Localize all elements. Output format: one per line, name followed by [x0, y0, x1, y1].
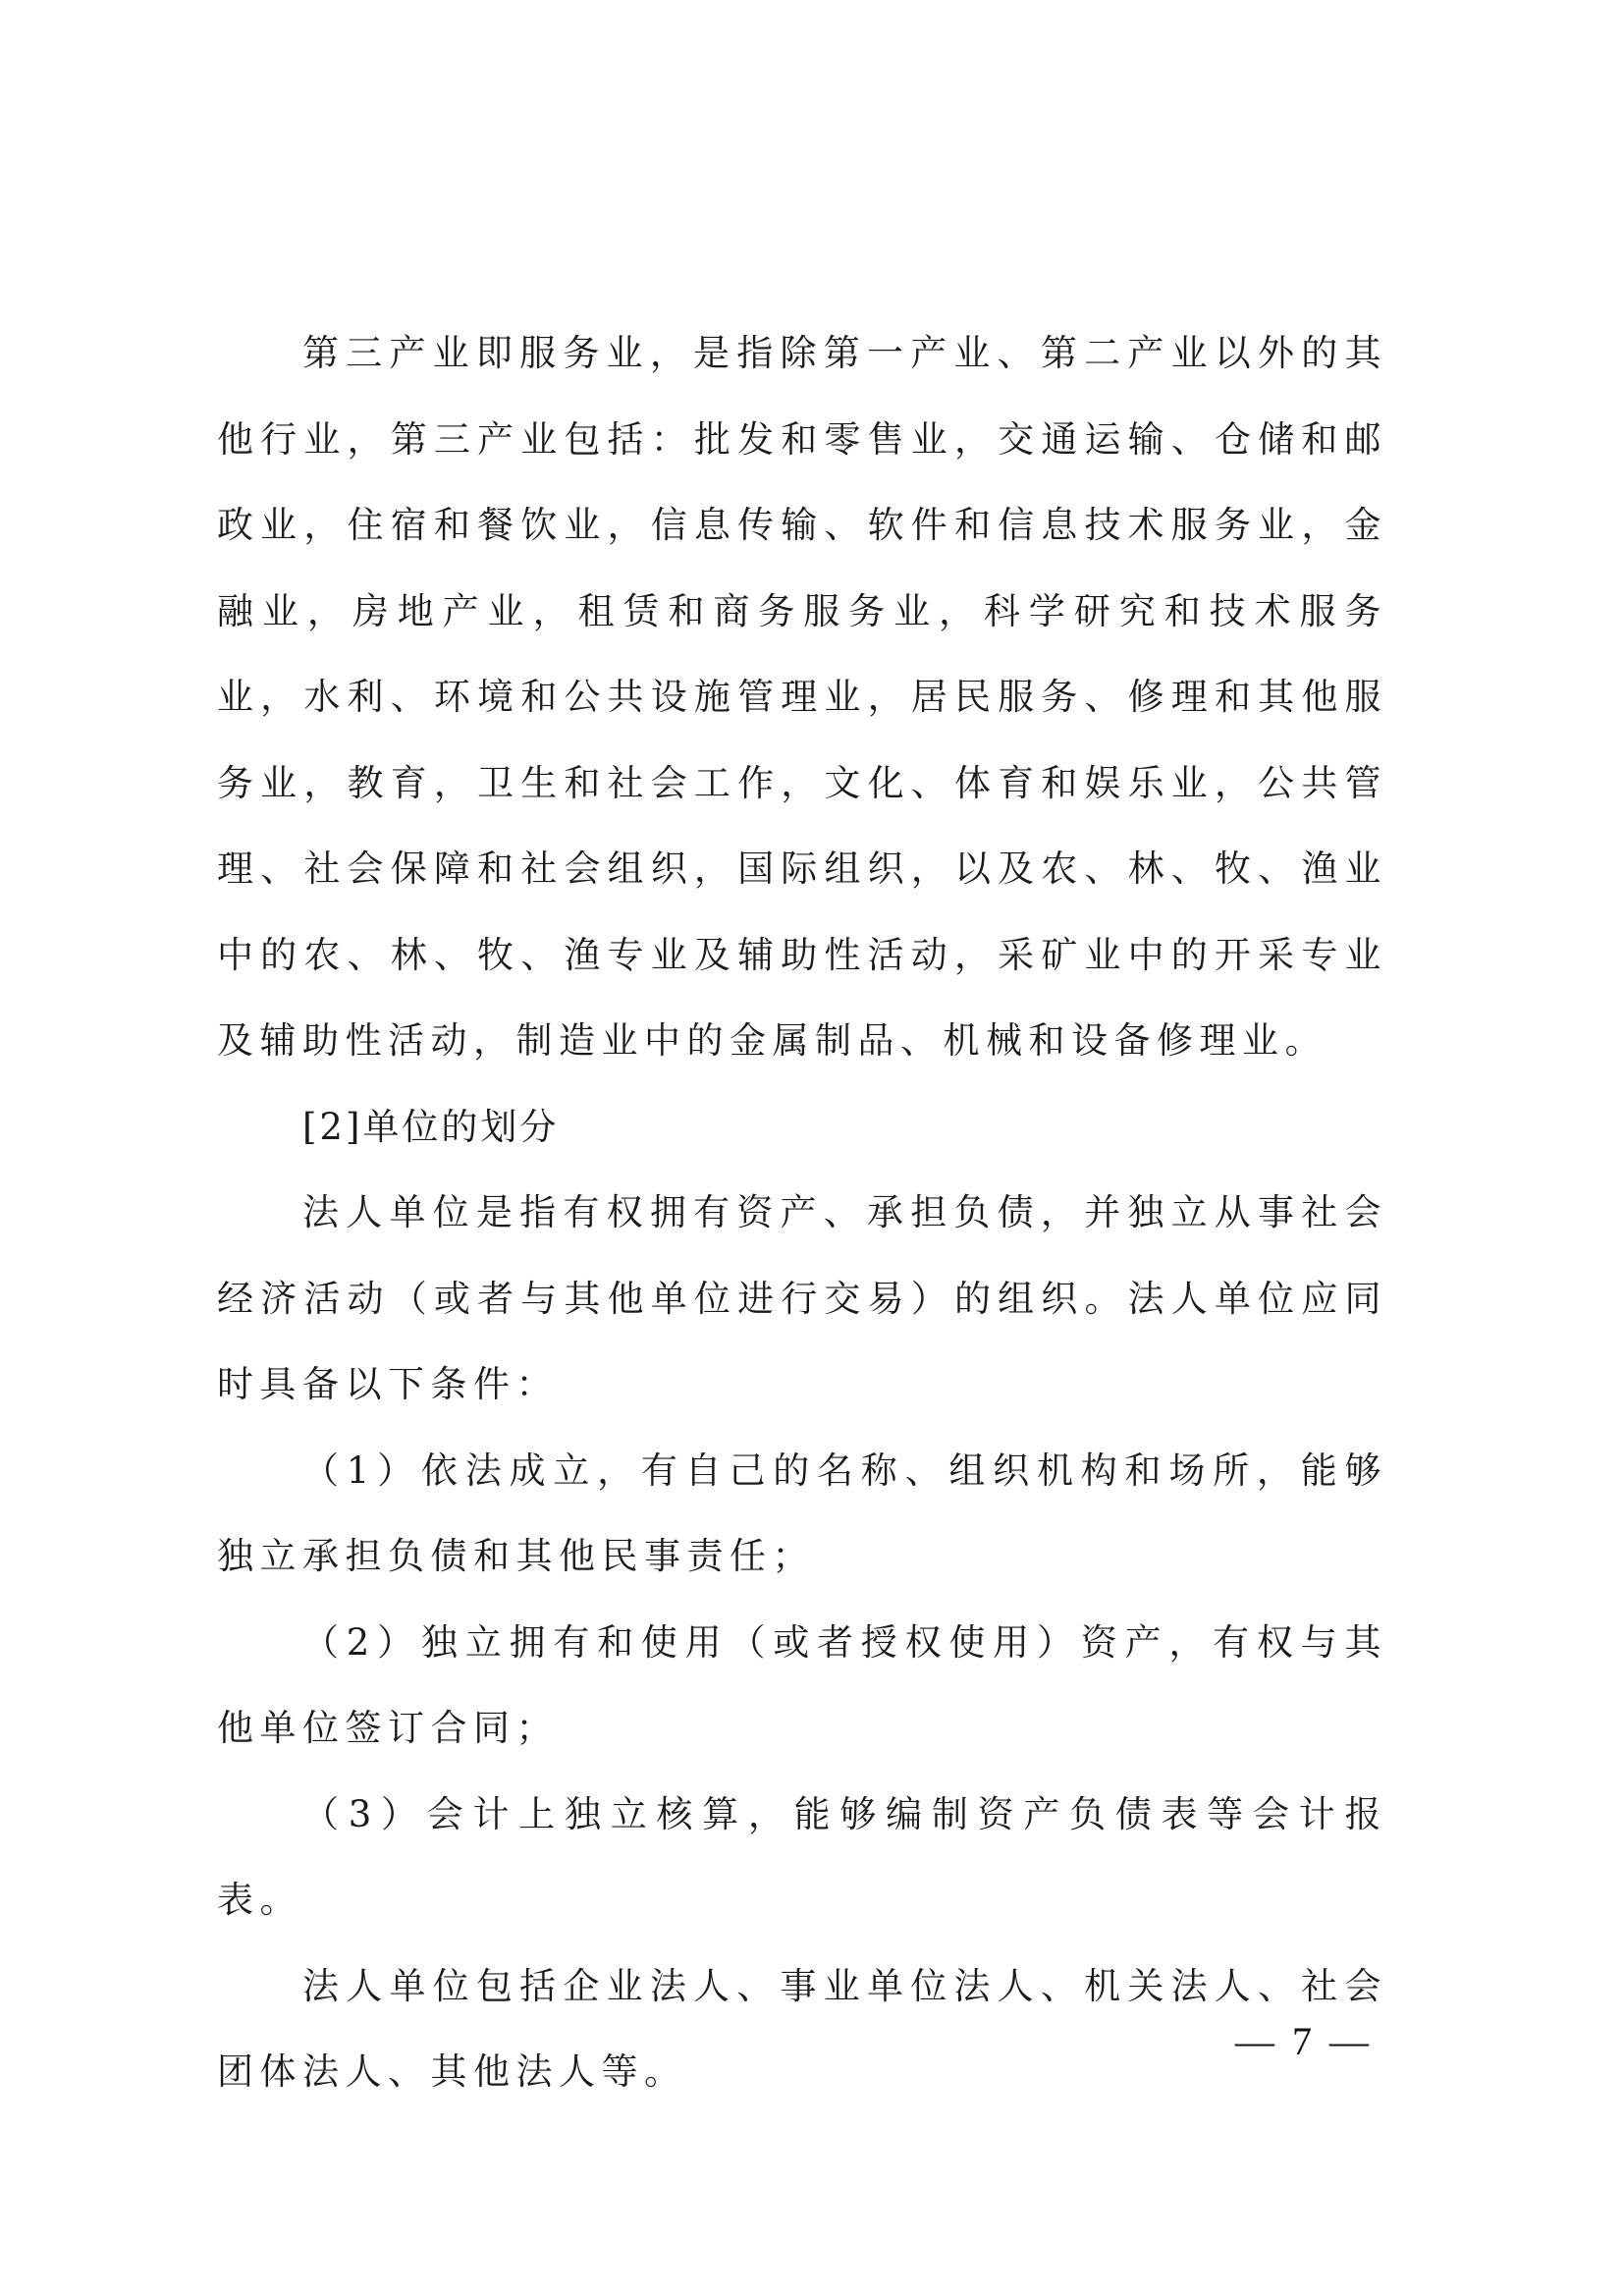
document-page: 第三产业即服务业，是指除第一产业、第二产业以外的其他行业，第三产业包括：批发和零…: [0, 0, 1623, 2296]
section-heading: [2]单位的划分: [217, 1084, 1387, 1171]
paragraph-condition-3: （3）会计上独立核算，能够编制资产负债表等会计报表。: [217, 1772, 1387, 1943]
paragraph-legal-entity-definition: 法人单位是指有权拥有资产、承担负债，并独立从事社会经济活动（或者与其他单位进行交…: [217, 1170, 1387, 1428]
paragraph-legal-entity-types: 法人单位包括企业法人、事业单位法人、机关法人、社会团体法人、其他法人等。: [217, 1943, 1387, 2115]
paragraph-condition-2: （2）独立拥有和使用（或者授权使用）资产，有权与其他单位签订合同；: [217, 1600, 1387, 1772]
paragraph-tertiary-industry: 第三产业即服务业，是指除第一产业、第二产业以外的其他行业，第三产业包括：批发和零…: [217, 310, 1387, 1084]
page-number: — 7 —: [1235, 2018, 1373, 2064]
document-body: 第三产业即服务业，是指除第一产业、第二产业以外的其他行业，第三产业包括：批发和零…: [217, 310, 1387, 2115]
paragraph-condition-1: （1）依法成立，有自己的名称、组织机构和场所，能够独立承担负债和其他民事责任；: [217, 1428, 1387, 1600]
